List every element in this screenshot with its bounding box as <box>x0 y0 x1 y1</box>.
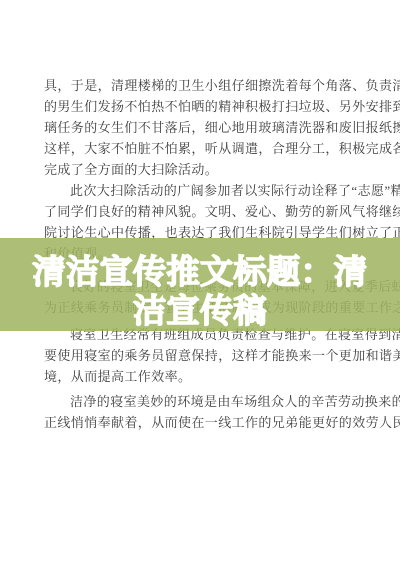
text-line: 这样，大家不怕脏不怕累，听从调遣，合理分工，积极完成各自的任务， <box>44 138 357 159</box>
text-line: 了同学们良好的精神风貌。文明、爱心、勤劳的新风气将继续在我们生科 <box>44 201 357 222</box>
overlay-title-line-2: 洁宣传稿 <box>133 291 267 330</box>
text-line: 洁净的寝室美妙的环境是由车场组众人的辛苦劳动换来的。是他们为 <box>44 391 357 412</box>
paragraph: 具，于是，清理楼梯的卫生小组仔细擦洗着每个角落、负责清扫门前庭院 的男生们发扬不… <box>44 75 357 180</box>
title-highlight-band: 清洁宣传推文标题：清 洁宣传稿 <box>0 238 400 331</box>
paragraph: 寝室卫生经常有班组成员负责检查与维护。在寝室得到清洁的同时也需 要使用寝室的乘务… <box>44 324 357 387</box>
text-line: 完成了全方面的大扫除活动。 <box>44 159 357 180</box>
text-line: 具，于是，清理楼梯的卫生小组仔细擦洗着每个角落、负责清扫门前庭院 <box>44 75 357 96</box>
text-line: 璃任务的女生们不甘落后，细心地用玻璃清洗器和废旧报纸擦洗灰尘。就 <box>44 117 357 138</box>
document-page: 具，于是，清理楼梯的卫生小组仔细擦洗着每个角落、负责清扫门前庭院 的男生们发扬不… <box>0 0 400 566</box>
text-line: 境，从而提高工作效率。 <box>44 366 357 387</box>
text-line: 的男生们发扬不怕热不怕晒的精神积极打扫垃圾、另外安排到擦洗大厅玻 <box>44 96 357 117</box>
paragraph: 洁净的寝室美妙的环境是由车场组众人的辛苦劳动换来的。是他们为 正线悄悄奉献着，从… <box>44 391 357 433</box>
text-line: 要使用寝室的乘务员留意保持，这样才能换来一个更加和谐美妙的休息环 <box>44 345 357 366</box>
text-line: 正线悄悄奉献着，从而使在一线工作的兄弟能更好的效劳人民群众。 <box>44 412 357 433</box>
overlay-title-line-1: 清洁宣传推文标题：清 <box>33 252 368 291</box>
text-line: 此次大扫除活动的广阔参加者以实际行动诠释了“志愿”精神，呈现 <box>44 180 357 201</box>
